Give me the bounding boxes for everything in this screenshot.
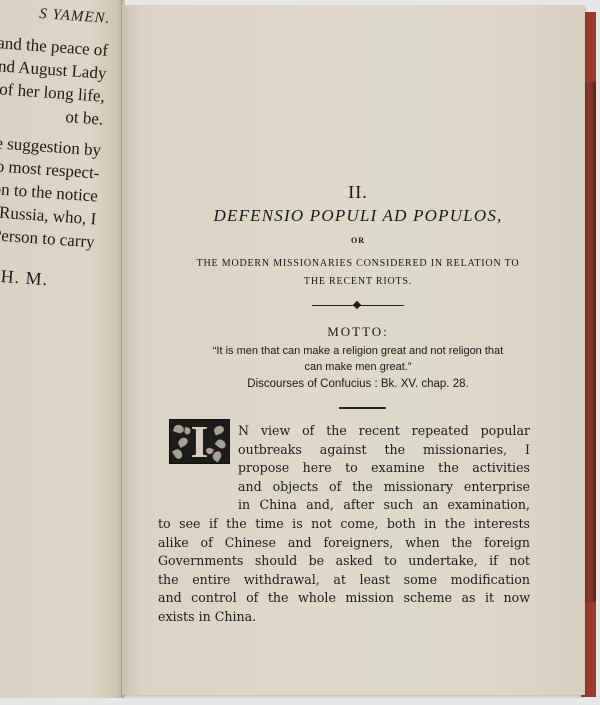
body-line: in China and, after such an examination, <box>238 496 530 515</box>
left-page-text: S YAMEN. and the peace of nd August Lady… <box>0 0 111 294</box>
drop-cap-letter: I <box>191 420 209 463</box>
short-rule <box>339 407 386 409</box>
chapter-subtitle: The Modern Missionaries Considered in Re… <box>158 255 558 291</box>
left-page: S YAMEN. and the peace of nd August Lady… <box>0 0 125 698</box>
right-page: II. DEFENSIO POPULI AD POPULOS, OR The M… <box>122 5 585 695</box>
quote-line: can make men great.” <box>164 359 552 375</box>
body-paragraph: N view of the recent repeated popular ou… <box>158 422 530 627</box>
motto-source: Discourses of Confucius : Bk. XV. chap. … <box>158 378 558 390</box>
ornamental-rule <box>312 305 404 306</box>
subtitle-line: The Recent Riots. <box>158 273 558 291</box>
left-paragraph-1: and the peace of nd August Lady of her l… <box>0 24 109 131</box>
motto-quote: “It is men that can make a religion grea… <box>158 343 558 375</box>
or-label: OR <box>158 236 558 245</box>
signature: K. H. M. <box>0 256 93 294</box>
body-line: propose here to examine the activities <box>238 459 530 478</box>
running-head: S YAMEN. <box>0 0 111 31</box>
body-line: and objects of the missionary enterprise <box>238 478 530 497</box>
body-line: outbreaks against the missionaries, I <box>238 441 530 460</box>
subtitle-line: The Modern Missionaries Considered in Re… <box>158 255 558 273</box>
body-line: exists in China. <box>158 608 530 627</box>
diamond-ornament-icon <box>353 301 361 309</box>
body-line: alike of Chinese and foreigners, when th… <box>158 534 530 553</box>
body-line: N view of the recent repeated popular <box>238 422 530 441</box>
chapter-number: II. <box>158 182 558 203</box>
body-line: to see if the time is not come, both in … <box>158 515 530 534</box>
body-line: the entire withdrawal, at least some mod… <box>158 571 530 590</box>
motto-label: MOTTO: <box>158 324 558 340</box>
body-line: and control of the whole mission scheme … <box>158 589 530 608</box>
chapter-title: DEFENSIO POPULI AD POPULOS, <box>158 206 558 226</box>
quote-line: “It is men that can make a religion grea… <box>164 343 552 359</box>
body-line: Governments should be asked to undertake… <box>158 552 530 571</box>
left-paragraph-2: ve suggestion by to most respect- ion to… <box>0 123 102 253</box>
